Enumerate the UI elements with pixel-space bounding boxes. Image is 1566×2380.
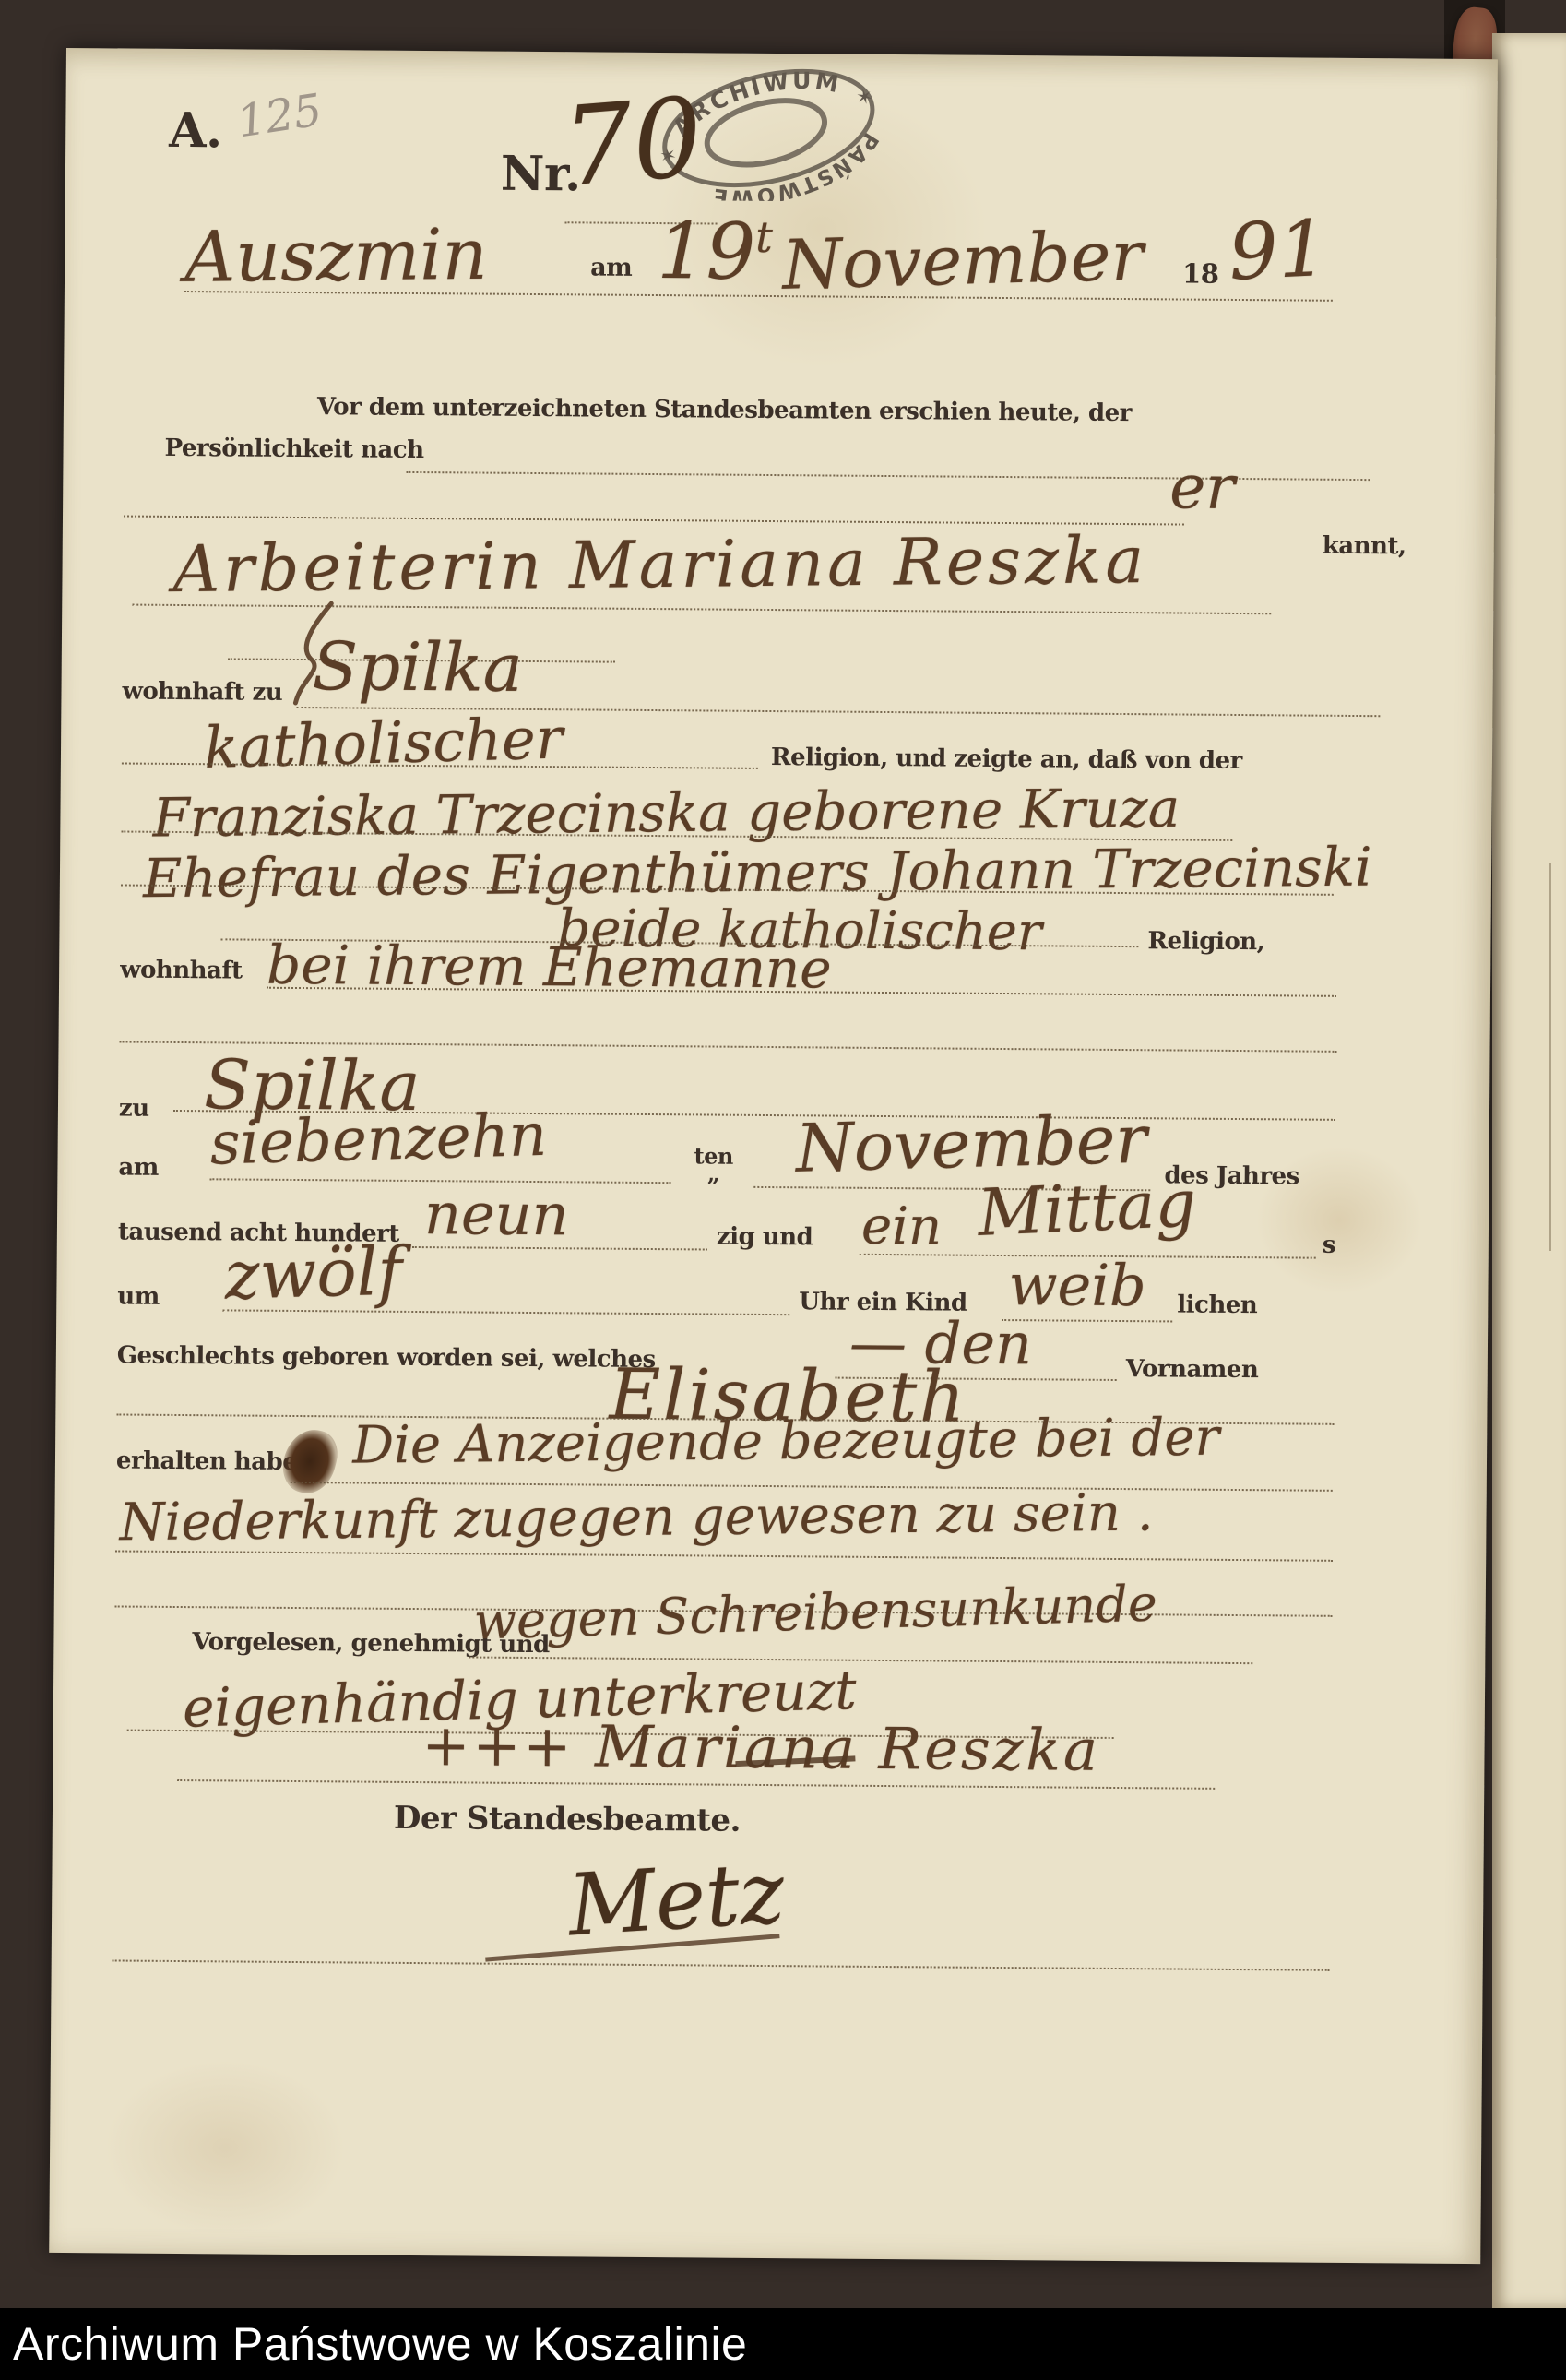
ten-ditto: „ [707, 1165, 719, 1183]
dotted-rule [113, 1959, 1330, 1970]
year-unit: ein [861, 1196, 943, 1257]
zu-label: zu [119, 1094, 149, 1122]
registrar-label: Der Standesbeamte. [394, 1800, 741, 1839]
form-letter: A. [169, 102, 222, 159]
archive-footer-bar: Archiwum Państwowe w Koszalinie [0, 2308, 1566, 2380]
vornamen-label: Vornamen [1126, 1355, 1259, 1384]
approval-line1: wegen Schreibensunkunde [473, 1574, 1158, 1650]
year-written: 91 [1227, 203, 1329, 298]
registry-place: Auszmin [184, 213, 488, 298]
record-number: 70 [559, 73, 707, 210]
closing-line1: Die Anzeigende bezeugte bei der [352, 1408, 1220, 1476]
year-printed: 18 [1182, 258, 1219, 290]
page-edge-line [1549, 863, 1551, 1251]
document-page: A. 125 ARCHIWUM PAŃSTWOWE ✶ ✶ Nr. 70 [49, 48, 1498, 2264]
am2-label: am [118, 1153, 159, 1181]
residence: Spilka [312, 627, 523, 707]
daytime: Mittag [976, 1166, 1197, 1251]
pencil-number: 125 [234, 84, 326, 148]
stamp-star-icon: ✶ [854, 85, 876, 112]
s-label: s [1323, 1232, 1335, 1259]
ten-label: ten„ [694, 1147, 733, 1183]
adjacent-page-edge [1492, 33, 1566, 2308]
dotted-rule [412, 1246, 707, 1251]
closing-line2: Niederkunft zugegen gewesen zu sein . [119, 1483, 1154, 1553]
erhalten-label: erhalten habe [116, 1446, 298, 1476]
wohnhaft-zu-label: wohnhaft zu [122, 677, 282, 706]
record-month: November [781, 216, 1145, 305]
religion-clause: Religion, und zeigte an, daß von der [771, 744, 1242, 775]
gender: weib [1008, 1251, 1146, 1319]
dotted-rule [222, 1309, 789, 1315]
lichen-label: lichen [1177, 1291, 1257, 1320]
am-label: am [590, 253, 632, 281]
dotted-rule [115, 1550, 1333, 1561]
religion-label: Religion, [1147, 927, 1264, 956]
birth-hour: zwölf [223, 1232, 403, 1315]
record-day: 19t [657, 206, 773, 297]
um-label: um [117, 1282, 160, 1310]
paper-stain [104, 2059, 345, 2236]
erkannt-prefix: er [1169, 451, 1235, 523]
intro-line2: Persönlichkeit nach [164, 434, 423, 464]
archive-name: Archiwum Państwowe w Koszalinie [13, 2317, 747, 2371]
ink-blot [277, 1423, 343, 1499]
scanned-document: A. 125 ARCHIWUM PAŃSTWOWE ✶ ✶ Nr. 70 [0, 0, 1566, 2380]
declarant-religion: katholischer [203, 704, 564, 781]
declarant-name: Arbeiterin Mariana Reszka [172, 522, 1147, 607]
zig-und-label: zig und [717, 1223, 813, 1252]
declarant-signature-marks: +++ Mariana Reszka [421, 1711, 1100, 1784]
mother-status: Ehefrau des Eigenthümers Johann Trzecins… [143, 836, 1372, 910]
year-decade: neun [424, 1180, 569, 1248]
dotted-rule [469, 1656, 1252, 1664]
geschlechts-label: Geschlechts geboren worden sei, welches [117, 1341, 656, 1374]
intro-line1: Vor dem unterzeichneten Standesbeamten e… [317, 393, 1132, 427]
birth-day: siebenzehn [209, 1101, 548, 1179]
day-suffix: t [755, 212, 773, 262]
wohnhaft-label: wohnhaft [120, 956, 243, 984]
erkannt-label: kannt, [1323, 532, 1406, 561]
